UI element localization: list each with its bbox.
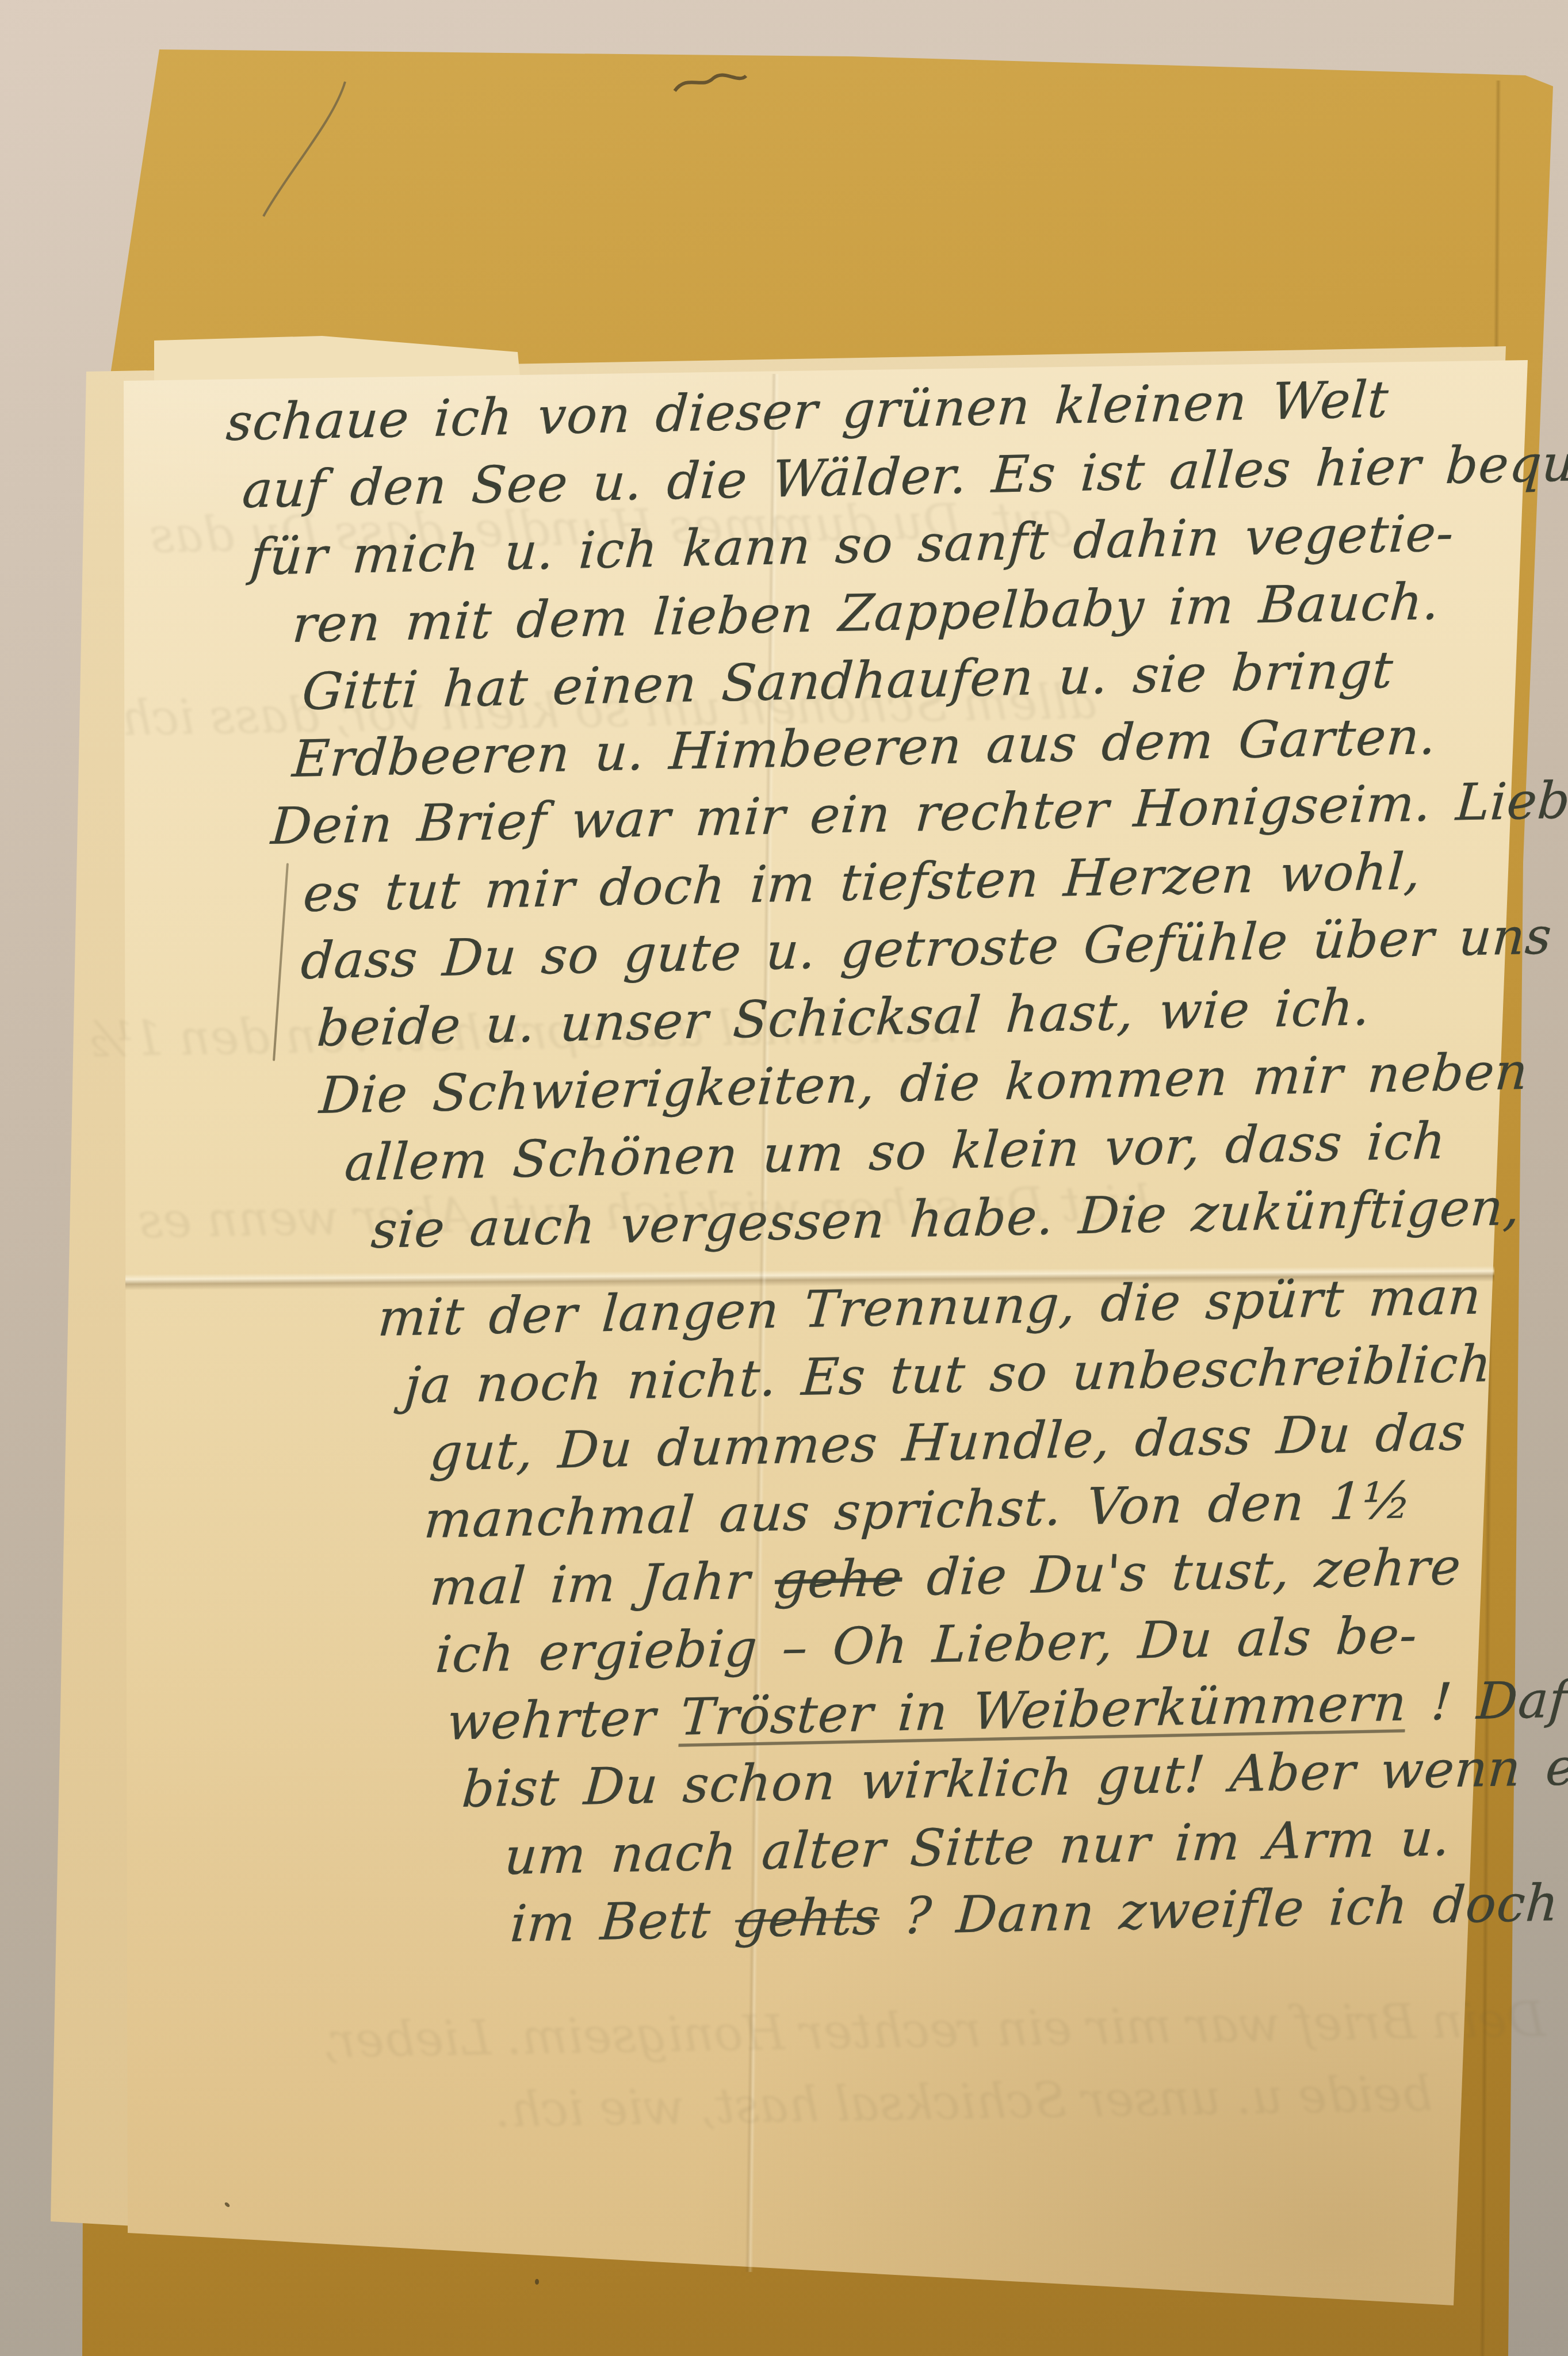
letter-line: sie auch vergessen habe. Die zukünftigen… <box>369 1177 1522 1260</box>
letter-text-segment: wehrter <box>445 1688 682 1751</box>
letter-text-segment: mit der langen Trennung, die spürt man <box>376 1266 1483 1348</box>
letter-line: ren mit dem lieben Zappelbaby im Bauch. <box>290 572 1441 654</box>
letter-text-segment: mal im Jahr <box>428 1551 777 1617</box>
letter-text-segment: gehe <box>773 1548 904 1610</box>
letter-text-segment: ! Dafür <box>1405 1669 1568 1732</box>
letter-line: beide u. unser Schicksal hast, wie ich. <box>315 977 1372 1058</box>
letter-text-segment: es tut mir doch im tiefsten Herzen wohl, <box>301 842 1423 923</box>
letter-line: Gitti hat einen Sandhaufen u. sie bringt <box>300 640 1395 721</box>
letter-line: im Bett gehts ? Dann zweifle ich doch <box>508 1873 1561 1953</box>
letter-text-segment: für mich u. ich kann so sanft dahin vege… <box>248 503 1456 587</box>
letter-text-segment: um nach alter Sitte nur im Arm u. <box>503 1808 1452 1886</box>
letter-text-segment: bist Du schon wirklich gut! Aber wenn es <box>460 1737 1568 1819</box>
paper-speck <box>535 2279 539 2285</box>
letter-text-segment: Tröster in Weiberkümmern <box>679 1673 1409 1747</box>
letter-line: für mich u. ich kann so sanft dahin vege… <box>248 503 1456 587</box>
letter-text-segment: sie auch vergessen habe. Die zukünftigen… <box>369 1177 1522 1260</box>
letter-line: manchmal aus sprichst. Von den 1½ <box>422 1470 1414 1550</box>
letter-line: bist Du schon wirklich gut! Aber wenn es <box>460 1737 1568 1819</box>
letter-text-segment: ? Dann zweifle ich doch <box>877 1873 1561 1946</box>
letter-text-segment: im Bett <box>508 1890 737 1953</box>
letter-text-segment: ren mit dem lieben Zappelbaby im Bauch. <box>290 572 1441 654</box>
photo-scene: allem Schönen um so klein vor, dass ichm… <box>0 0 1568 2356</box>
letter-line: mit der langen Trennung, die spürt man <box>376 1266 1483 1348</box>
letter-line: ich ergiebig – Oh Lieber, Du als be- <box>434 1605 1419 1684</box>
letter-text-segment: Gitti hat einen Sandhaufen u. sie bringt <box>300 640 1395 721</box>
letter-text-segment: gut, Du dummes Hundle, dass Du das <box>428 1402 1468 1482</box>
letter-line: gut, Du dummes Hundle, dass Du das <box>428 1402 1468 1482</box>
letter-line: um nach alter Sitte nur im Arm u. <box>503 1808 1452 1886</box>
letter-line: es tut mir doch im tiefsten Herzen wohl, <box>301 842 1423 923</box>
letter-text-segment: manchmal aus sprichst. Von den 1½ <box>422 1470 1414 1550</box>
letter-line: schaue ich von dieser grünen kleinen Wel… <box>224 369 1391 452</box>
letter-text-segment: schaue ich von dieser grünen kleinen Wel… <box>224 369 1391 452</box>
letter-line: wehrter Tröster in Weiberkümmern ! Dafür <box>445 1669 1568 1751</box>
letter-text-segment: ich ergiebig – Oh Lieber, Du als be- <box>434 1605 1419 1684</box>
letter-line: allem Schönen um so klein vor, dass ich <box>343 1111 1448 1192</box>
letter-text-segment: ja noch nicht. Es tut so unbeschreiblich <box>403 1334 1494 1415</box>
letter-line: ja noch nicht. Es tut so unbeschreiblich <box>403 1334 1494 1415</box>
letter-text-segment: beide u. unser Schicksal hast, wie ich. <box>315 977 1372 1058</box>
letter-line: mal im Jahr gehe die Du's tust, zehre <box>428 1537 1463 1617</box>
letter-text-segment: gehts <box>733 1887 882 1949</box>
letter-text: schaue ich von dieser grünen kleinen Wel… <box>0 0 1568 2356</box>
letter-text-segment: die Du's tust, zehre <box>900 1537 1463 1608</box>
letter-text-segment: allem Schönen um so klein vor, dass ich <box>343 1111 1448 1192</box>
